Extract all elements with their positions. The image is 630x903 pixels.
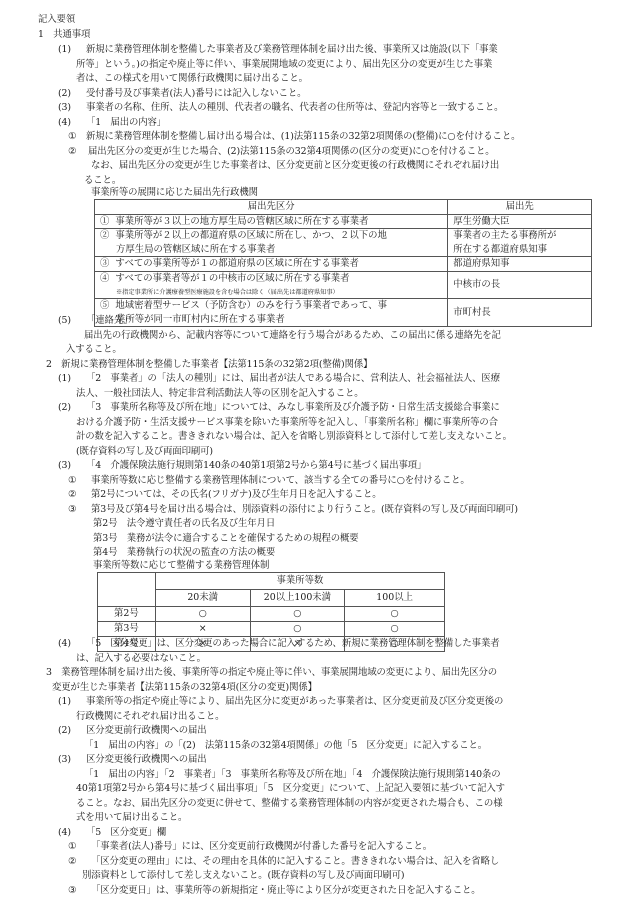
item-number: (3) bbox=[58, 101, 71, 116]
item-text: 区分変更前行政機関への届出 bbox=[86, 724, 207, 739]
category-text: 事業所等が３以上の地方厚生局の管轄区域に所在する事業者 bbox=[115, 216, 368, 227]
category-cell: ③ すべての事業所等が１の都道府県の区域に所在する事業者 bbox=[95, 257, 448, 271]
item-text: 「5 区分変更」欄 bbox=[86, 826, 166, 841]
item-text: 「1 届出の内容」「2 事業者」「3 事業所名称等及び所在地」「4 介護保険法施… bbox=[84, 768, 501, 783]
subitem-number: ① bbox=[68, 130, 76, 145]
table-row: ④ すべての事業者等が１の中核市の区域に所在する事業者 ※指定事業所に介護療養型… bbox=[95, 271, 592, 299]
row-label-cell: 第2号 bbox=[98, 607, 156, 622]
row-label-cell: 第3号 bbox=[98, 622, 156, 637]
item-number: (4) bbox=[58, 637, 71, 652]
section-3-heading: 変更が生じた事業者【法第115条の32第4項(区分の変更)関係】 bbox=[52, 681, 317, 696]
mark-cell: ○ bbox=[155, 607, 250, 622]
mark-cell: × bbox=[155, 622, 250, 637]
column-header-cell: 20未満 bbox=[155, 590, 250, 607]
empty-corner-cell bbox=[98, 573, 156, 607]
note-line: 第2号 法令遵守責任者の氏名及び生年月日 bbox=[93, 517, 275, 532]
item-text: 所等」という。)の指定や廃止等に伴い、事業展開地域の変更により、届出先区分の変更… bbox=[76, 58, 492, 73]
subitem-text: 「区分変更の理由」には、その理由を具体的に記入すること。書ききれない場合は、記入… bbox=[91, 855, 499, 870]
item-number: (1) bbox=[58, 43, 71, 58]
item-text: 法人、一般社団法人、特定非営利活動法人等の区別を記入すること。 bbox=[76, 387, 364, 402]
destination-cell: 都道府県知事 bbox=[448, 257, 592, 271]
item-number: (2) bbox=[58, 401, 71, 416]
item-text: (既存資料の写し及び両面印刷可) bbox=[76, 445, 213, 460]
subitem-number: ③ bbox=[68, 884, 76, 899]
row-number: ① bbox=[100, 216, 109, 227]
subitem-number: ③ bbox=[68, 503, 76, 518]
item-text: ること。なお、届出先区分の変更に併せて、整備する業務管理体制の内容が変更された場… bbox=[76, 797, 502, 812]
table-row: ⑤ 地域密着型サービス（予防含む）のみを行う事業者であって、事 業所等が同一市町… bbox=[95, 299, 592, 327]
item-text: 事業者の名称、住所、法人の種別、代表者の職名、代表者の住所等は、登記内容等と一致… bbox=[86, 101, 503, 116]
column-header-cell: 100以上 bbox=[345, 590, 445, 607]
category-text: 方厚生局の管轄区域に所在する事業者 bbox=[100, 244, 275, 255]
item-text: おける介護予防・生活支援サービス事業を除いた事業所等を記入し、「事業所名称」欄に… bbox=[76, 416, 498, 431]
subitem-number: ① bbox=[68, 474, 76, 489]
category-text: 事業所等が２以上の都道府県の区域に所在し、かつ、２以下の地 bbox=[115, 230, 387, 241]
subitem-text: 第2号については、その氏名(フリガナ)及び生年月日を記入すること。 bbox=[91, 488, 382, 503]
filing-destination-table: 届出先区分 届出先 ① 事業所等が３以上の地方厚生局の管轄区域に所在する事業者 … bbox=[94, 199, 592, 327]
destination-cell: 市町村長 bbox=[448, 299, 592, 327]
table-row: 第2号 ○ ○ ○ bbox=[98, 607, 445, 622]
row-number: ④ bbox=[100, 273, 109, 284]
subitem-text: 事業所等数に応じ整備する業務管理体制について、該当する全ての番号に○を付けること… bbox=[91, 474, 470, 489]
subitem-number: ② bbox=[68, 145, 76, 160]
item-number: (1) bbox=[58, 372, 71, 387]
item-text: 届出先の行政機関から、記載内容等について連絡を行う場合があるため、この届出に係る… bbox=[84, 329, 501, 344]
mark-cell: ○ bbox=[250, 622, 345, 637]
item-text: 「2 事業者」の「法人の種別」には、届出者が法人である場合に、営利法人、社会福祉… bbox=[86, 372, 500, 387]
destination-text: 所在する都道府県知事 bbox=[453, 244, 547, 255]
category-cell: ② 事業所等が２以上の都道府県の区域に所在し、かつ、２以下の地 方厚生局の管轄区… bbox=[95, 229, 448, 257]
item-text: 新規に業務管理体制を整備した事業者及び業務管理体制を届け出た後、事業所又は施設(… bbox=[86, 43, 498, 58]
section-2-heading: 2 新規に業務管理体制を整備した事業者【法第115条の32第2項(整備)関係】 bbox=[46, 358, 372, 373]
subitem-number: ① bbox=[68, 840, 76, 855]
item-text: は、記入する必要はないこと。 bbox=[76, 652, 206, 667]
mark-cell: ○ bbox=[250, 607, 345, 622]
document-title: 記入要領 bbox=[38, 13, 75, 28]
category-cell: ⑤ 地域密着型サービス（予防含む）のみを行う事業者であって、事 業所等が同一市町… bbox=[95, 299, 448, 327]
destination-cell: 事業者の主たる事務所が 所在する都道府県知事 bbox=[448, 229, 592, 257]
row-number: ⑤ bbox=[100, 300, 109, 311]
note-line: 第3号 業務が法令に適合することを確保するための規程の概要 bbox=[93, 532, 359, 547]
row-number: ② bbox=[100, 230, 109, 241]
mark-cell: ○ bbox=[345, 607, 445, 622]
category-cell: ① 事業所等が３以上の地方厚生局の管轄区域に所在する事業者 bbox=[95, 215, 448, 229]
item-text: 入すること。 bbox=[66, 343, 122, 358]
table-row: ① 事業所等が３以上の地方厚生局の管轄区域に所在する事業者 厚生労働大臣 bbox=[95, 215, 592, 229]
subitem-text: 新規に業務管理体制を整備し届け出る場合は、(1)法第115条の32第2項関係の(… bbox=[86, 130, 520, 145]
category-text: 地域密着型サービス（予防含む）のみを行う事業者であって、事 bbox=[115, 300, 387, 311]
subitem-text: 「事業者(法人)番号」には、区分変更前行政機関が付番した番号を記入すること。 bbox=[91, 840, 432, 855]
item-text: 区分変更後行政機関への届出 bbox=[86, 753, 207, 768]
section-1-heading: 1 共通事項 bbox=[38, 28, 90, 43]
item-text: 行政機関にそれぞれ届け出ること。 bbox=[76, 710, 224, 725]
item-text: 40第1項第2号から第4号に基づく届出事項」「5 区分変更」について、上記記入要… bbox=[76, 782, 505, 797]
item-text: 式を用いて届け出ること。 bbox=[76, 811, 187, 826]
item-text: 「連絡先」 bbox=[86, 314, 132, 329]
subitem-text: 第3号及び第4号を届け出る場合は、別添資料の添付により行うこと。(既存資料の写し… bbox=[91, 503, 518, 518]
mark-cell: ○ bbox=[345, 622, 445, 637]
item-text: 「4 介護保険法施行規則第140条の40第1項第2号から第4号に基づく届出事項」 bbox=[86, 459, 426, 474]
table-header-row: 事業所等数 bbox=[98, 573, 445, 590]
table-header-row: 届出先区分 届出先 bbox=[95, 200, 592, 215]
section-3-heading: 3 業務管理体制を届け出た後、事業所等の指定や廃止等に伴い、事業展開地域の変更に… bbox=[46, 666, 497, 681]
subitem-number: ② bbox=[68, 488, 76, 503]
item-number: (1) bbox=[58, 695, 71, 710]
item-number: (2) bbox=[58, 724, 71, 739]
table-row: ③ すべての事業所等が１の都道府県の区域に所在する事業者 都道府県知事 bbox=[95, 257, 592, 271]
category-text: すべての事業者等が１の中核市の区域に所在する事業者 bbox=[115, 273, 349, 284]
destination-cell: 厚生労働大臣 bbox=[448, 215, 592, 229]
column-header-cell: 20以上100未満 bbox=[250, 590, 345, 607]
subitem-text: なお、届出先区分の変更が生じた事業者は、区分変更前と区分変更後の行政機関にそれぞ… bbox=[91, 159, 499, 174]
table-row: ② 事業所等が２以上の都道府県の区域に所在し、かつ、２以下の地 方厚生局の管轄区… bbox=[95, 229, 592, 257]
table-header-cell: 届出先 bbox=[448, 200, 592, 215]
item-text: 「1 届出の内容」の「(2) 法第115条の32第4項関係」の他「5 区分変更」… bbox=[84, 739, 487, 754]
item-text: 者は、この様式を用いて関係行政機関に届け出ること。 bbox=[76, 72, 308, 87]
subitem-number: ② bbox=[68, 855, 76, 870]
subitem-text: 届出先区分の変更が生じた場合、(2)法第115条の32第4項関係の(区分の変更)… bbox=[88, 145, 495, 160]
item-number: (4) bbox=[58, 116, 71, 131]
category-note: ※指定事業所に介護療養型医療施設を含む場合は除く（届出先は都道府県知事） bbox=[100, 289, 339, 296]
destination-cell: 中核市の長 bbox=[448, 271, 592, 299]
item-number: (3) bbox=[58, 753, 71, 768]
row-number: ③ bbox=[100, 258, 109, 269]
table-header-cell: 届出先区分 bbox=[95, 200, 448, 215]
item-number: (2) bbox=[58, 87, 71, 102]
table-row: 第3号 × ○ ○ bbox=[98, 622, 445, 637]
category-text: すべての事業所等が１の都道府県の区域に所在する事業者 bbox=[115, 258, 359, 269]
category-cell: ④ すべての事業者等が１の中核市の区域に所在する事業者 ※指定事業所に介護療養型… bbox=[95, 271, 448, 299]
document-page: 記入要領 1 共通事項 (1) 新規に業務管理体制を整備した事業者及び業務管理体… bbox=[0, 0, 630, 903]
item-number: (4) bbox=[58, 826, 71, 841]
item-number: (3) bbox=[58, 459, 71, 474]
item-text: 計の数を記入すること。書ききれない場合は、記入を省略し別添資料として添付して差し… bbox=[76, 430, 512, 445]
item-text: 「1 届出の内容」 bbox=[86, 116, 166, 131]
subitem-text: 別添資料として添付して差し支えないこと。(既存資料の写し及び両面印刷可) bbox=[82, 869, 404, 884]
item-text: 事業所等の指定や廃止等により、届出先区分に変更があった事業者は、区分変更前及び区… bbox=[86, 695, 503, 710]
item-text: 受付番号及び事業者(法人)番号には記入しないこと。 bbox=[86, 87, 306, 102]
item-text: 「3 事業所名称等及び所在地」については、みなし事業所及び介護予防・日常生活支援… bbox=[86, 401, 500, 416]
group-header-cell: 事業所等数 bbox=[155, 573, 444, 590]
item-number: (5) bbox=[58, 314, 71, 329]
item-text: 「5 区分変更」は、区分変更のあった場合に記入するため、新規に業務管理体制を整備… bbox=[86, 637, 500, 652]
subitem-text: 「区分変更日」は、事業所等の新規指定・廃止等により区分が変更された日を記入するこ… bbox=[91, 884, 481, 899]
destination-text: 事業者の主たる事務所が bbox=[453, 230, 556, 241]
